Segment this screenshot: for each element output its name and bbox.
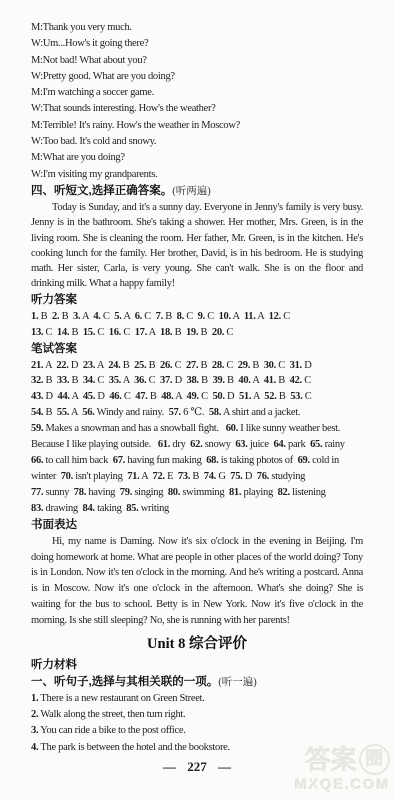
dialogue-line: W:I'm visiting my grandparents. [31,167,363,183]
answer-line: 77. sunny 78. having 79. singing 80. swi… [31,485,363,501]
answer-line: 13. C 14. B 15. C 16. C 17. A 18. B 19. … [31,325,363,341]
answer-line: 21. A 22. D 23. A 24. B 25. B 26. C 27. … [31,358,363,374]
answer-line: Because I like playing outside. 61. dry … [31,437,363,453]
dialogue-line: W:Too bad. It's cold and snowy. [31,134,363,150]
listening-dialogue: M:Thank you very much.W:Um...How's it go… [31,20,363,183]
answer-line: 54. B 55. A 56. Windy and rainy. 57. 6 ℃… [31,405,363,421]
unit8-part1-heading: 一、听句子,选择与其相关联的一项。(听一遍) [31,674,363,691]
watermark-brand: 答案圈 [295,744,390,775]
answer-line: 43. D 44. A 45. D 46. C 47. B 48. A 49. … [31,389,363,405]
watermark-brand-text: 答案 [305,745,357,775]
unit8-part1-heading-note: (听一遍) [218,677,257,688]
answer-line: 1. B 2. B 3. A 4. C 5. A 6. C 7. B 8. C … [31,309,363,325]
dialogue-line: M:Thank you very much. [31,20,363,36]
answer-line: 32. B 33. B 34. C 35. A 36. C 37. D 38. … [31,373,363,389]
dialogue-line: M:What are you doing? [31,150,363,166]
dialogue-line: W:Pretty good. What are you doing? [31,69,363,85]
sentence-line: 2. Walk along the street, then turn righ… [31,707,363,723]
writing-heading: 书面表达 [31,517,363,534]
listening-passage: Today is Sunday, and it's a sunny day. E… [31,200,363,292]
written-answers-heading: 笔试答案 [31,341,363,358]
writing-sample-passage: Hi, my name is Daming. Now it's six o'cl… [31,534,363,629]
unit8-part1-heading-text: 一、听句子,选择与其相关联的一项。 [31,676,218,688]
dialogue-line: M:I'm watching a soccer game. [31,85,363,101]
sentence-line: 3. You can ride a bike to the post offic… [31,723,363,739]
unit8-title: Unit 8 综合评价 [31,634,363,654]
listening-answers: 1. B 2. B 3. A 4. C 5. A 6. C 7. B 8. C … [31,309,363,341]
dialogue-line: W:Um...How's it going there? [31,36,363,52]
listening-answers-heading: 听力答案 [31,292,363,309]
section4-heading-note: (听两遍) [172,186,211,197]
answer-line: winter 70. isn't playing 71. A 72. E 73.… [31,469,363,485]
dialogue-line: W:That sounds interesting. How's the wea… [31,101,363,117]
unit8-materials-heading: 听力材料 [31,657,363,674]
watermark-site: MXQE.COM [295,776,390,794]
dialogue-line: M:Terrible! It's rainy. How's the weathe… [31,118,363,134]
scanned-answer-page: M:Thank you very much.W:Um...How's it go… [0,0,394,800]
answer-line: 59. Makes a snowman and has a snowball f… [31,421,363,437]
watermark-circle-logo: 圈 [359,744,390,775]
answer-line: 83. drawing 84. taking 85. writing [31,501,363,517]
written-answers: 21. A 22. D 23. A 24. B 25. B 26. C 27. … [31,358,363,517]
dialogue-line: M:Not bad! What about you? [31,53,363,69]
page-content: M:Thank you very much.W:Um...How's it go… [0,0,394,775]
watermark: 答案圈 MXQE.COM [295,744,390,794]
section4-heading-text: 四、听短文,选择正确答案。 [31,185,172,197]
sentence-line: 1. There is a new restaurant on Green St… [31,691,363,707]
section4-heading: 四、听短文,选择正确答案。(听两遍) [31,183,363,200]
answer-line: 66. to call him back 67. having fun maki… [31,453,363,469]
